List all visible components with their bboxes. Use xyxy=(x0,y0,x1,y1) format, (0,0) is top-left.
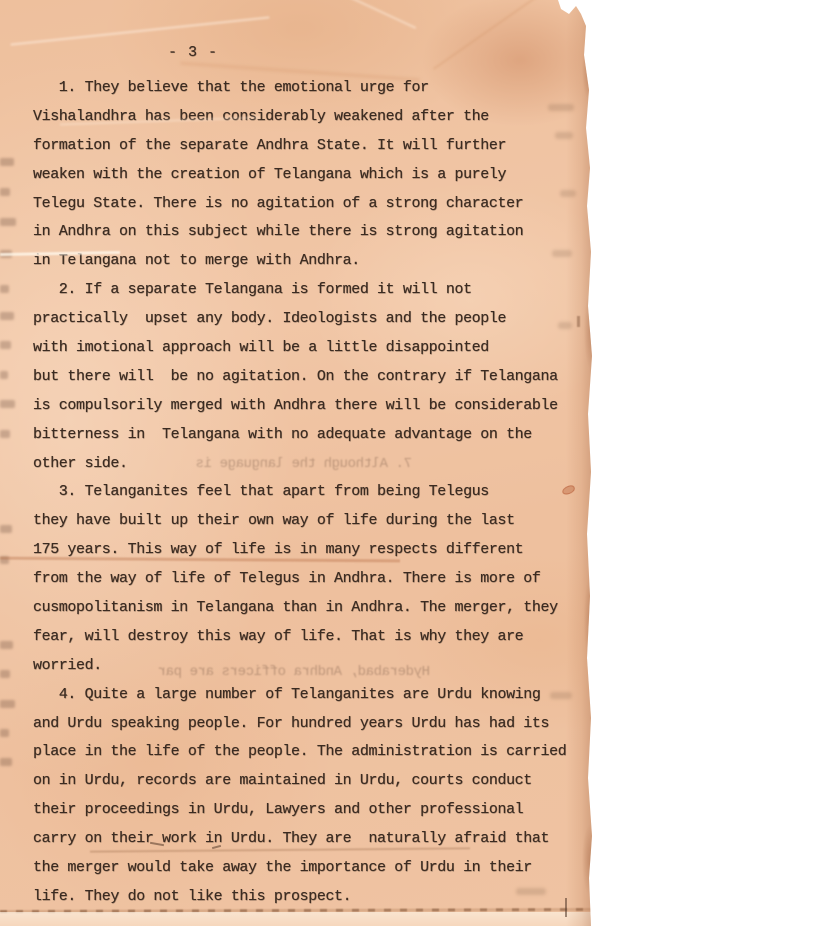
ghost-bleedthrough-line: 7. Although the language is xyxy=(150,456,412,472)
left-margin-smudge xyxy=(0,556,9,564)
page-number: - 3 - xyxy=(168,44,218,61)
text-line: in Telangana not to merge with Andhra. xyxy=(33,247,589,276)
paper: - 3 - 1. They believe that the emotional… xyxy=(0,0,594,926)
text-line: from the way of life of Telegus in Andhr… xyxy=(33,565,589,594)
text-line: 3. Telanganites feel that apart from bei… xyxy=(33,478,589,507)
text-line: on in Urdu, records are maintained in Ur… xyxy=(33,767,589,796)
wrinkle xyxy=(433,0,557,70)
left-margin-smudge xyxy=(0,700,15,708)
text-line: cusmopolitanism in Telangana than in And… xyxy=(33,594,589,623)
text-line: formation of the separate Andhra State. … xyxy=(33,132,589,161)
left-margin-smudge xyxy=(0,188,10,196)
left-margin-smudge xyxy=(0,758,12,766)
text-line: but there will be no agitation. On the c… xyxy=(33,363,589,392)
text-line: weaken with the creation of Telangana wh… xyxy=(33,161,589,190)
text-line: practically upset any body. Ideologists … xyxy=(33,305,589,334)
typewritten-text: 1. They believe that the emotional urge … xyxy=(33,74,589,912)
wrinkle xyxy=(11,16,270,45)
ghost-bleedthrough-line: Hyderabad, Andhra officers are par xyxy=(114,664,430,680)
text-line: 4. Quite a large number of Telanganites … xyxy=(33,681,589,710)
scan-background: - 3 - 1. They believe that the emotional… xyxy=(0,0,840,926)
text-line: they have built up their own way of life… xyxy=(33,507,589,536)
edge-mark xyxy=(577,316,580,327)
text-line: their proceedings in Urdu, Lawyers and o… xyxy=(33,796,589,825)
text-line: 175 years. This way of life is in many r… xyxy=(33,536,589,565)
left-margin-smudge xyxy=(0,312,14,320)
left-margin-smudge xyxy=(0,341,11,349)
text-line: Telegu State. There is no agitation of a… xyxy=(33,190,589,219)
fold-tick-mark xyxy=(565,898,567,917)
left-margin-smudge xyxy=(0,525,12,533)
text-line: fear, will destroy this way of life. Tha… xyxy=(33,623,589,652)
text-line: the merger would take away the importanc… xyxy=(33,854,589,883)
left-margin-smudge xyxy=(0,670,10,678)
wrinkle xyxy=(334,0,416,29)
text-line: Vishalandhra has been considerably weake… xyxy=(33,103,589,132)
left-margin-smudge xyxy=(0,250,12,258)
text-line: is compulsorily merged with Andhra there… xyxy=(33,392,589,421)
left-margin-smudge xyxy=(0,218,16,226)
text-line: carry on their work in Urdu. They are na… xyxy=(33,825,589,854)
bottom-fold-band xyxy=(0,912,592,926)
text-line: in Andhra on this subject while there is… xyxy=(33,218,589,247)
left-margin-smudge xyxy=(0,729,9,737)
left-margin-smudge xyxy=(0,400,15,408)
text-line: 2. If a separate Telangana is formed it … xyxy=(33,276,589,305)
left-margin-smudge xyxy=(0,371,8,379)
text-line: place in the life of the people. The adm… xyxy=(33,738,589,767)
text-line: with imotional approach will be a little… xyxy=(33,334,589,363)
left-margin-smudge xyxy=(0,285,9,293)
left-margin-smudge xyxy=(0,430,10,438)
left-margin-smudge xyxy=(0,641,13,649)
text-line: bitterness in Telangana with no adequate… xyxy=(33,421,589,450)
left-margin-smudge xyxy=(0,158,14,166)
text-line: 1. They believe that the emotional urge … xyxy=(33,74,589,103)
text-line: and Urdu speaking people. For hundred ye… xyxy=(33,710,589,739)
